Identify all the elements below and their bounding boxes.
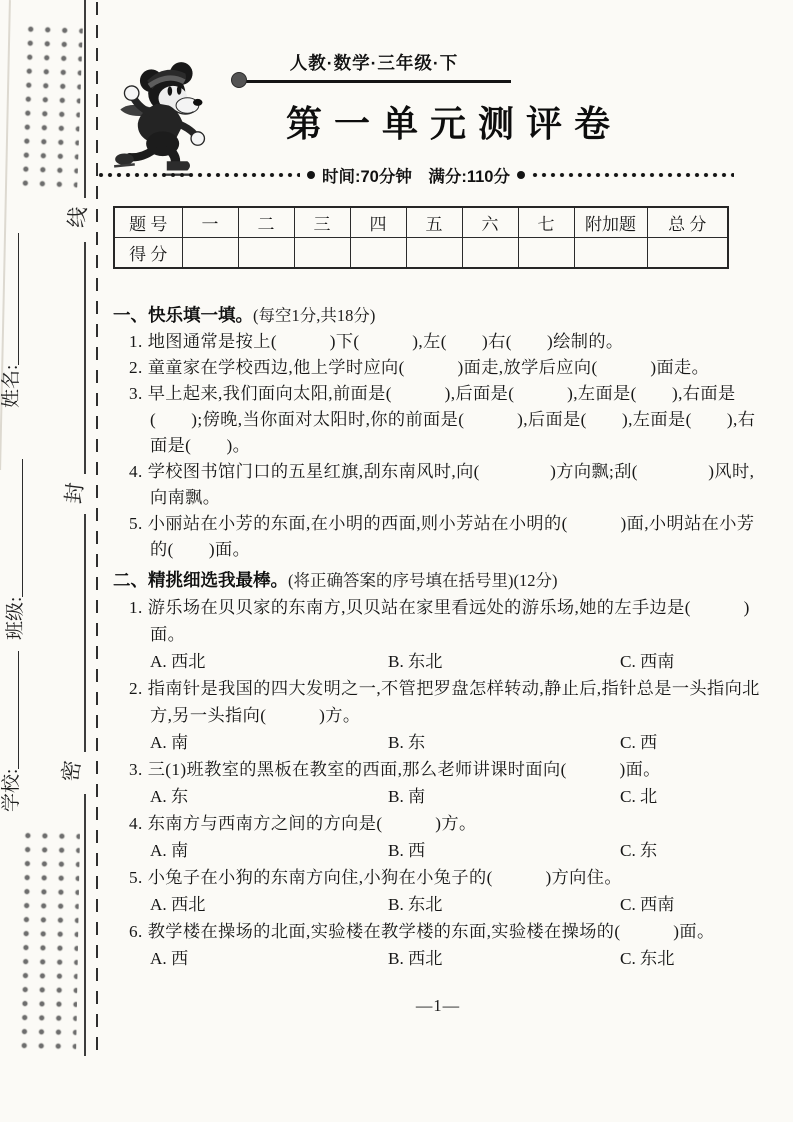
scanned-test-paper-page: { "masthead": { "series": "人教·数学·三年级·下",…: [0, 0, 793, 1122]
option-b: B. 西北: [388, 945, 620, 972]
bullet-dot-left: [307, 171, 315, 179]
options-row: A. 西北 B. 东北 C. 西南: [113, 648, 766, 675]
seal-solid-line: [84, 514, 86, 752]
options-row: A. 西 B. 西北 C. 东北: [113, 945, 766, 972]
question-text: 东南方与西南方之间的方向是( )方。: [148, 814, 477, 833]
options-row: A. 东 B. 南 C. 北: [113, 783, 766, 810]
question-text: 地图通常是按上( )下( ),左( )右( )绘制的。: [148, 332, 624, 351]
question-item: 1.游乐场在贝贝家的东南方,贝贝站在家里看远处的游乐场,她的左手边是( )面。: [113, 594, 766, 648]
option-c: C. 东: [620, 837, 766, 864]
option-b: B. 东北: [388, 648, 620, 675]
score-cell-empty: [294, 238, 350, 269]
question-text: 童童家在学校西边,他上学时应向( )面走,放学后应向( )面走。: [148, 358, 710, 377]
section-multiple-choice: 二、精挑细选我最棒。(将正确答案的序号填在括号里)(12分) 1.游乐场在贝贝家…: [113, 567, 766, 972]
page-number: —1—: [113, 996, 763, 1016]
class-field: 班级:: [0, 459, 26, 640]
seal-solid-line: [84, 794, 86, 1056]
question-number: 1.: [129, 332, 143, 351]
name-field-label: 姓名:: [1, 365, 22, 408]
options-row: A. 西北 B. 东北 C. 西南: [113, 891, 766, 918]
question-item: 4.东南方与西南方之间的方向是( )方。: [113, 810, 766, 837]
seal-char-feng: 封: [57, 481, 89, 505]
series-banner-text: 人教·数学·三年级·下: [290, 53, 458, 73]
dot-leader-left: [98, 173, 300, 177]
school-field-line: [2, 651, 19, 769]
question-number: 3.: [129, 760, 143, 779]
score-cell-empty: [574, 238, 647, 269]
halftone-dot-grid-top: [21, 25, 83, 191]
question-number: 5.: [129, 868, 143, 887]
option-a: A. 南: [150, 729, 388, 756]
question-sections: 一、快乐填一填。(每空1分,共18分) 1.地图通常是按上( )下( ),左( …: [113, 302, 766, 972]
question-item: 5.小兔子在小狗的东南方向住,小狗在小兔子的( )方向住。: [113, 864, 766, 891]
score-cell-empty: [462, 238, 518, 269]
name-field: 姓名:: [0, 233, 22, 408]
option-c: C. 西南: [620, 648, 766, 675]
option-a: A. 西: [150, 945, 388, 972]
score-table-header-cell: 题 号: [114, 207, 182, 238]
question-text: 小兔子在小狗的东南方向住,小狗在小兔子的( )方向住。: [148, 868, 622, 887]
question-number: 3.: [129, 384, 143, 403]
question-text: 学校图书馆门口的五星红旗,刮东南风时,向( )方向飘;刮( )风时,向南飘。: [148, 462, 755, 507]
score-table: 题 号 一 二 三 四 五 六 七 附加题 总 分 得 分: [113, 206, 729, 269]
question-number: 4.: [129, 814, 143, 833]
score-table-header-cell: 六: [462, 207, 518, 238]
score-row-label: 得 分: [114, 238, 182, 269]
question-item: 3.三(1)班教室的黑板在教室的西面,那么老师讲课时面向( )面。: [113, 756, 766, 783]
question-text: 小丽站在小芳的东面,在小明的西面,则小芳站在小明的( )面,小明站在小芳的( )…: [148, 514, 755, 559]
question-number: 5.: [129, 514, 143, 533]
question-number: 2.: [129, 358, 143, 377]
option-a: A. 西北: [150, 648, 388, 675]
score-cell-empty: [518, 238, 574, 269]
section-2-heading: 二、精挑细选我最棒。(将正确答案的序号填在括号里)(12分): [113, 567, 766, 594]
section-1-title: 一、快乐填一填。: [113, 305, 253, 325]
option-b: B. 西: [388, 837, 620, 864]
score-cell-empty: [350, 238, 406, 269]
question-text: 游乐场在贝贝家的东南方,贝贝站在家里看远处的游乐场,她的左手边是( )面。: [148, 598, 750, 644]
score-table-header-cell: 二: [238, 207, 294, 238]
score-table-header-cell: 总 分: [647, 207, 728, 238]
options-row: A. 南 B. 西 C. 东: [113, 837, 766, 864]
section-1-heading: 一、快乐填一填。(每空1分,共18分): [113, 302, 766, 329]
score-table-header-cell: 一: [182, 207, 238, 238]
score-cell-empty: [182, 238, 238, 269]
question-number: 4.: [129, 462, 143, 481]
question-number: 6.: [129, 922, 143, 941]
option-b: B. 南: [388, 783, 620, 810]
option-b: B. 东北: [388, 891, 620, 918]
score-cell-empty: [647, 238, 728, 269]
score-table-header-cell: 七: [518, 207, 574, 238]
question-text: 教学楼在操场的北面,实验楼在教学楼的东面,实验楼在操场的( )面。: [148, 922, 715, 941]
dot-leader-right: [532, 173, 734, 177]
class-field-line: [6, 459, 23, 597]
option-c: C. 北: [620, 783, 766, 810]
question-text: 三(1)班教室的黑板在教室的西面,那么老师讲课时面向( )面。: [148, 760, 661, 779]
halftone-dot-grid-bottom: [20, 832, 80, 1057]
score-table-score-row: 得 分: [114, 238, 728, 269]
question-item: 5.小丽站在小芳的东面,在小明的西面,则小芳站在小明的( )面,小明站在小芳的(…: [113, 511, 766, 563]
section-fill-in-blanks: 一、快乐填一填。(每空1分,共18分) 1.地图通常是按上( )下( ),左( …: [113, 302, 766, 563]
question-text: 指南针是我国的四大发明之一,不管把罗盘怎样转动,静止后,指针总是一头指向北方,另…: [148, 679, 760, 725]
seal-solid-line: [84, 0, 86, 198]
question-item: 6.教学楼在操场的北面,实验楼在教学楼的东面,实验楼在操场的( )面。: [113, 918, 766, 945]
school-field-label: 学校:: [1, 769, 22, 812]
score-cell-empty: [238, 238, 294, 269]
score-table-header-cell: 五: [406, 207, 462, 238]
option-a: A. 南: [150, 837, 388, 864]
section-2-title: 二、精挑细选我最棒。: [113, 570, 288, 590]
series-line-bullet: [231, 72, 247, 88]
question-item: 2.指南针是我国的四大发明之一,不管把罗盘怎样转动,静止后,指针总是一头指向北方…: [113, 675, 766, 729]
question-item: 3.早上起来,我们面向太阳,前面是( ),后面是( ),左面是( ),右面是( …: [113, 381, 766, 459]
option-a: A. 东: [150, 783, 388, 810]
option-c: C. 西: [620, 729, 766, 756]
seal-solid-line: [84, 242, 86, 474]
time-limit-text: 时间:70分钟 满分:110分: [322, 163, 510, 187]
question-number: 2.: [129, 679, 143, 698]
score-table-header-cell: 附加题: [574, 207, 647, 238]
score-table-header-cell: 三: [294, 207, 350, 238]
seal-dashed-line: [96, 2, 98, 1060]
option-a: A. 西北: [150, 891, 388, 918]
score-table-header-row: 题 号 一 二 三 四 五 六 七 附加题 总 分: [114, 207, 728, 238]
seal-char-line: 线: [60, 205, 92, 229]
seal-char-mi: 密: [54, 759, 86, 783]
class-field-label: 班级:: [5, 597, 26, 640]
score-cell-empty: [406, 238, 462, 269]
page-title: 第一单元测评卷: [286, 96, 622, 147]
section-2-note: (将正确答案的序号填在括号里)(12分): [288, 571, 557, 590]
option-b: B. 东: [388, 729, 620, 756]
options-row: A. 南 B. 东 C. 西: [113, 729, 766, 756]
question-item: 1.地图通常是按上( )下( ),左( )右( )绘制的。: [113, 329, 766, 355]
section-1-note: (每空1分,共18分): [253, 306, 375, 325]
school-field: 学校:: [0, 651, 22, 812]
question-item: 2.童童家在学校西边,他上学时应向( )面走,放学后应向( )面走。: [113, 355, 766, 381]
score-table-header-cell: 四: [350, 207, 406, 238]
series-banner: 人教·数学·三年级·下: [237, 50, 511, 83]
name-field-line: [2, 233, 19, 365]
question-item: 4.学校图书馆门口的五星红旗,刮东南风时,向( )方向飘;刮( )风时,向南飘。: [113, 459, 766, 511]
option-c: C. 东北: [620, 945, 766, 972]
option-c: C. 西南: [620, 891, 766, 918]
question-text: 早上起来,我们面向太阳,前面是( ),后面是( ),左面是( ),右面是( );…: [148, 384, 756, 455]
question-number: 1.: [129, 598, 143, 617]
time-limit-row: 时间:70分钟 满分:110分: [98, 163, 734, 187]
bullet-dot-right: [517, 171, 525, 179]
